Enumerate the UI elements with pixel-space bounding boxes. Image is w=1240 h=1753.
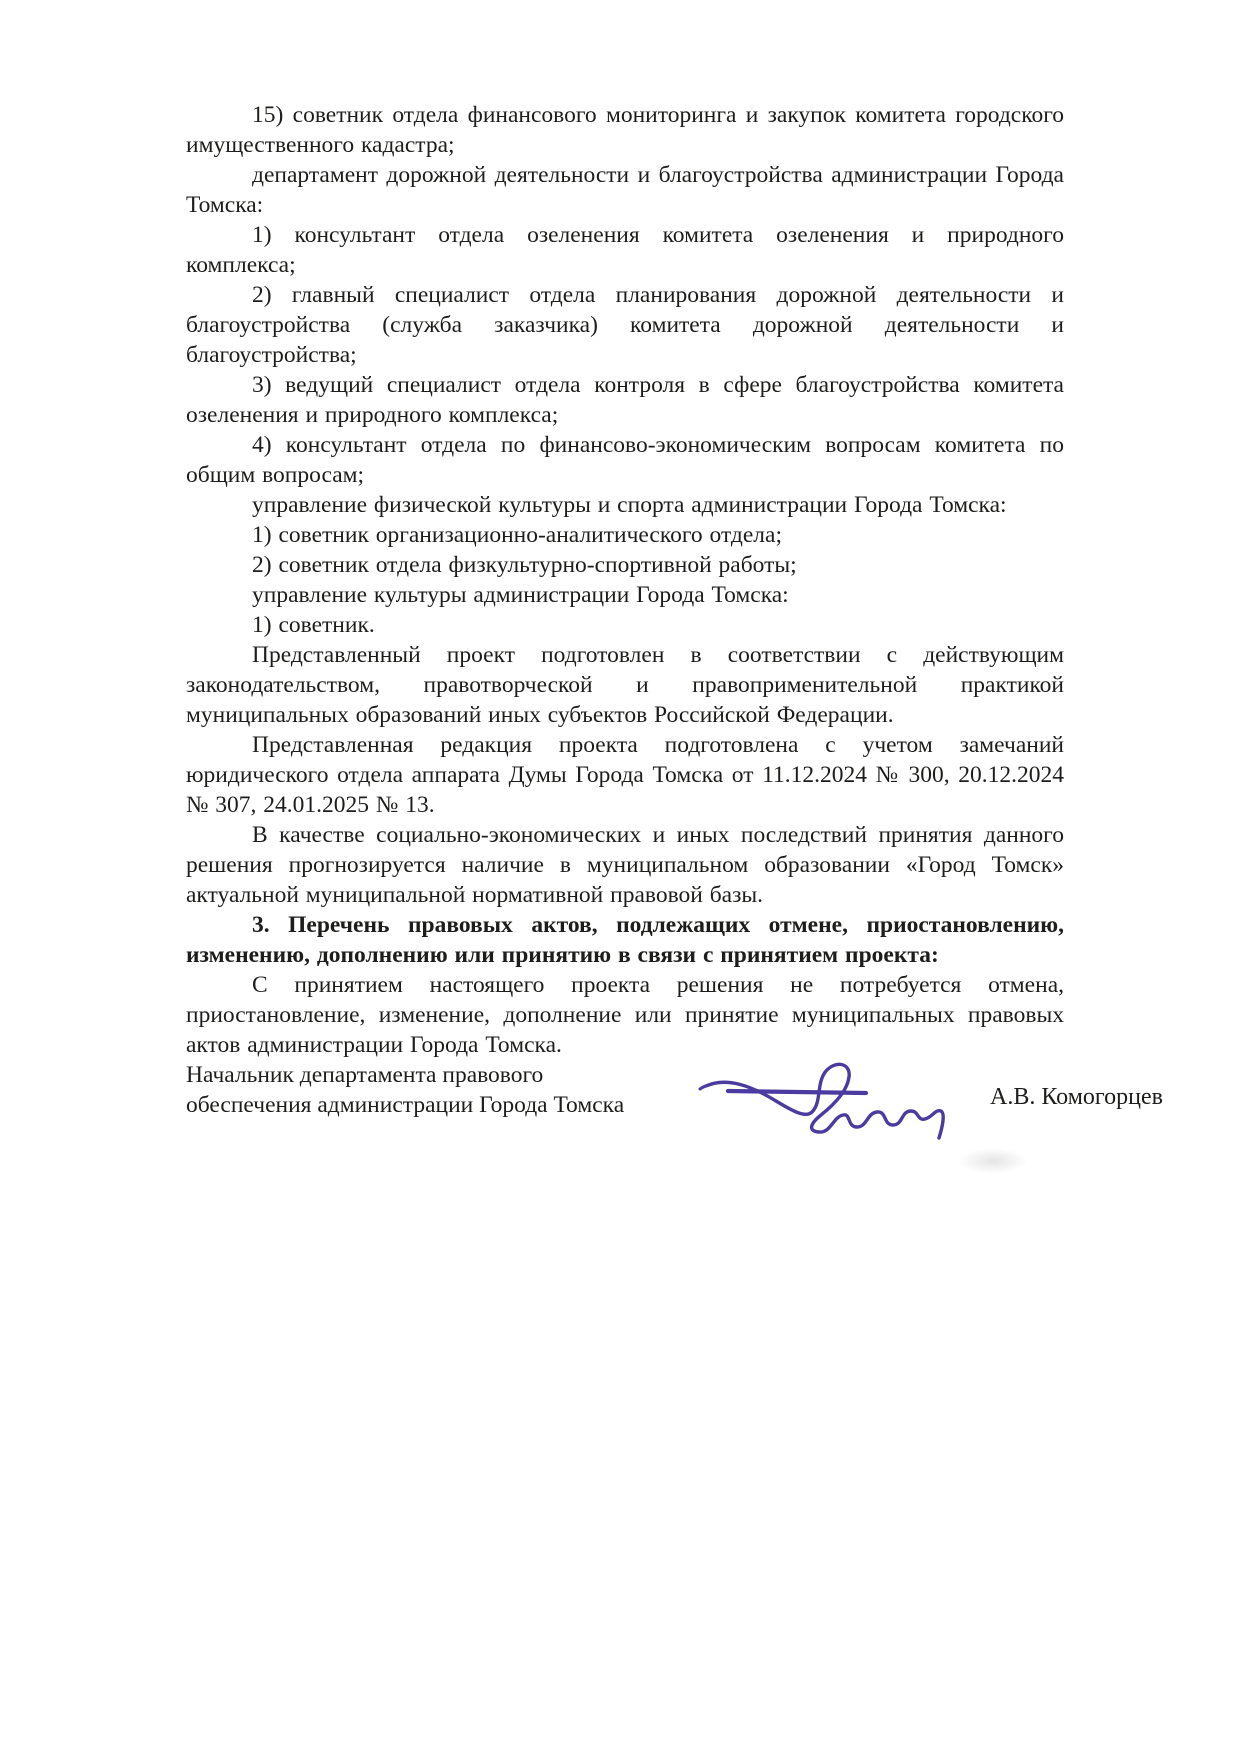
signoff-block: Начальник департамента правового обеспеч… — [186, 1060, 1226, 1170]
paragraph: Представленный проект подготовлен в соот… — [186, 640, 1064, 730]
signatory-title-line2: обеспечения администрации Города Томска — [186, 1090, 646, 1120]
signature-icon — [698, 1054, 960, 1146]
paragraph: 2) советник отдела физкультурно-спортивн… — [186, 550, 1064, 580]
paragraph: 1) советник. — [186, 610, 1064, 640]
document-body: 15) советник отдела финансового монитори… — [186, 100, 1064, 1060]
paragraph: 15) советник отдела финансового монитори… — [186, 100, 1064, 160]
paragraph: В качестве социально-экономических и ины… — [186, 820, 1064, 910]
document-page: 15) советник отдела финансового монитори… — [0, 0, 1240, 1753]
signatory-title: Начальник департамента правового обеспеч… — [186, 1060, 646, 1120]
paragraph: Представленная редакция проекта подготов… — [186, 730, 1064, 820]
signatory-name: А.В. Комогорцев — [990, 1082, 1163, 1112]
paragraph: С принятием настоящего проекта решения н… — [186, 970, 1064, 1060]
paragraph: 2) главный специалист отдела планировани… — [186, 280, 1064, 370]
paragraph: управление культуры администрации Города… — [186, 580, 1064, 610]
paragraph: управление физической культуры и спорта … — [186, 490, 1064, 520]
paragraph: 3) ведущий специалист отдела контроля в … — [186, 370, 1064, 430]
paragraph: 3. Перечень правовых актов, подлежащих о… — [186, 910, 1064, 970]
paragraph: департамент дорожной деятельности и благ… — [186, 160, 1064, 220]
paragraph: 4) консультант отдела по финансово-эконо… — [186, 430, 1064, 490]
signatory-title-line1: Начальник департамента правового — [186, 1060, 646, 1090]
paragraph: 1) советник организационно-аналитическог… — [186, 520, 1064, 550]
paragraph: 1) консультант отдела озеленения комитет… — [186, 220, 1064, 280]
